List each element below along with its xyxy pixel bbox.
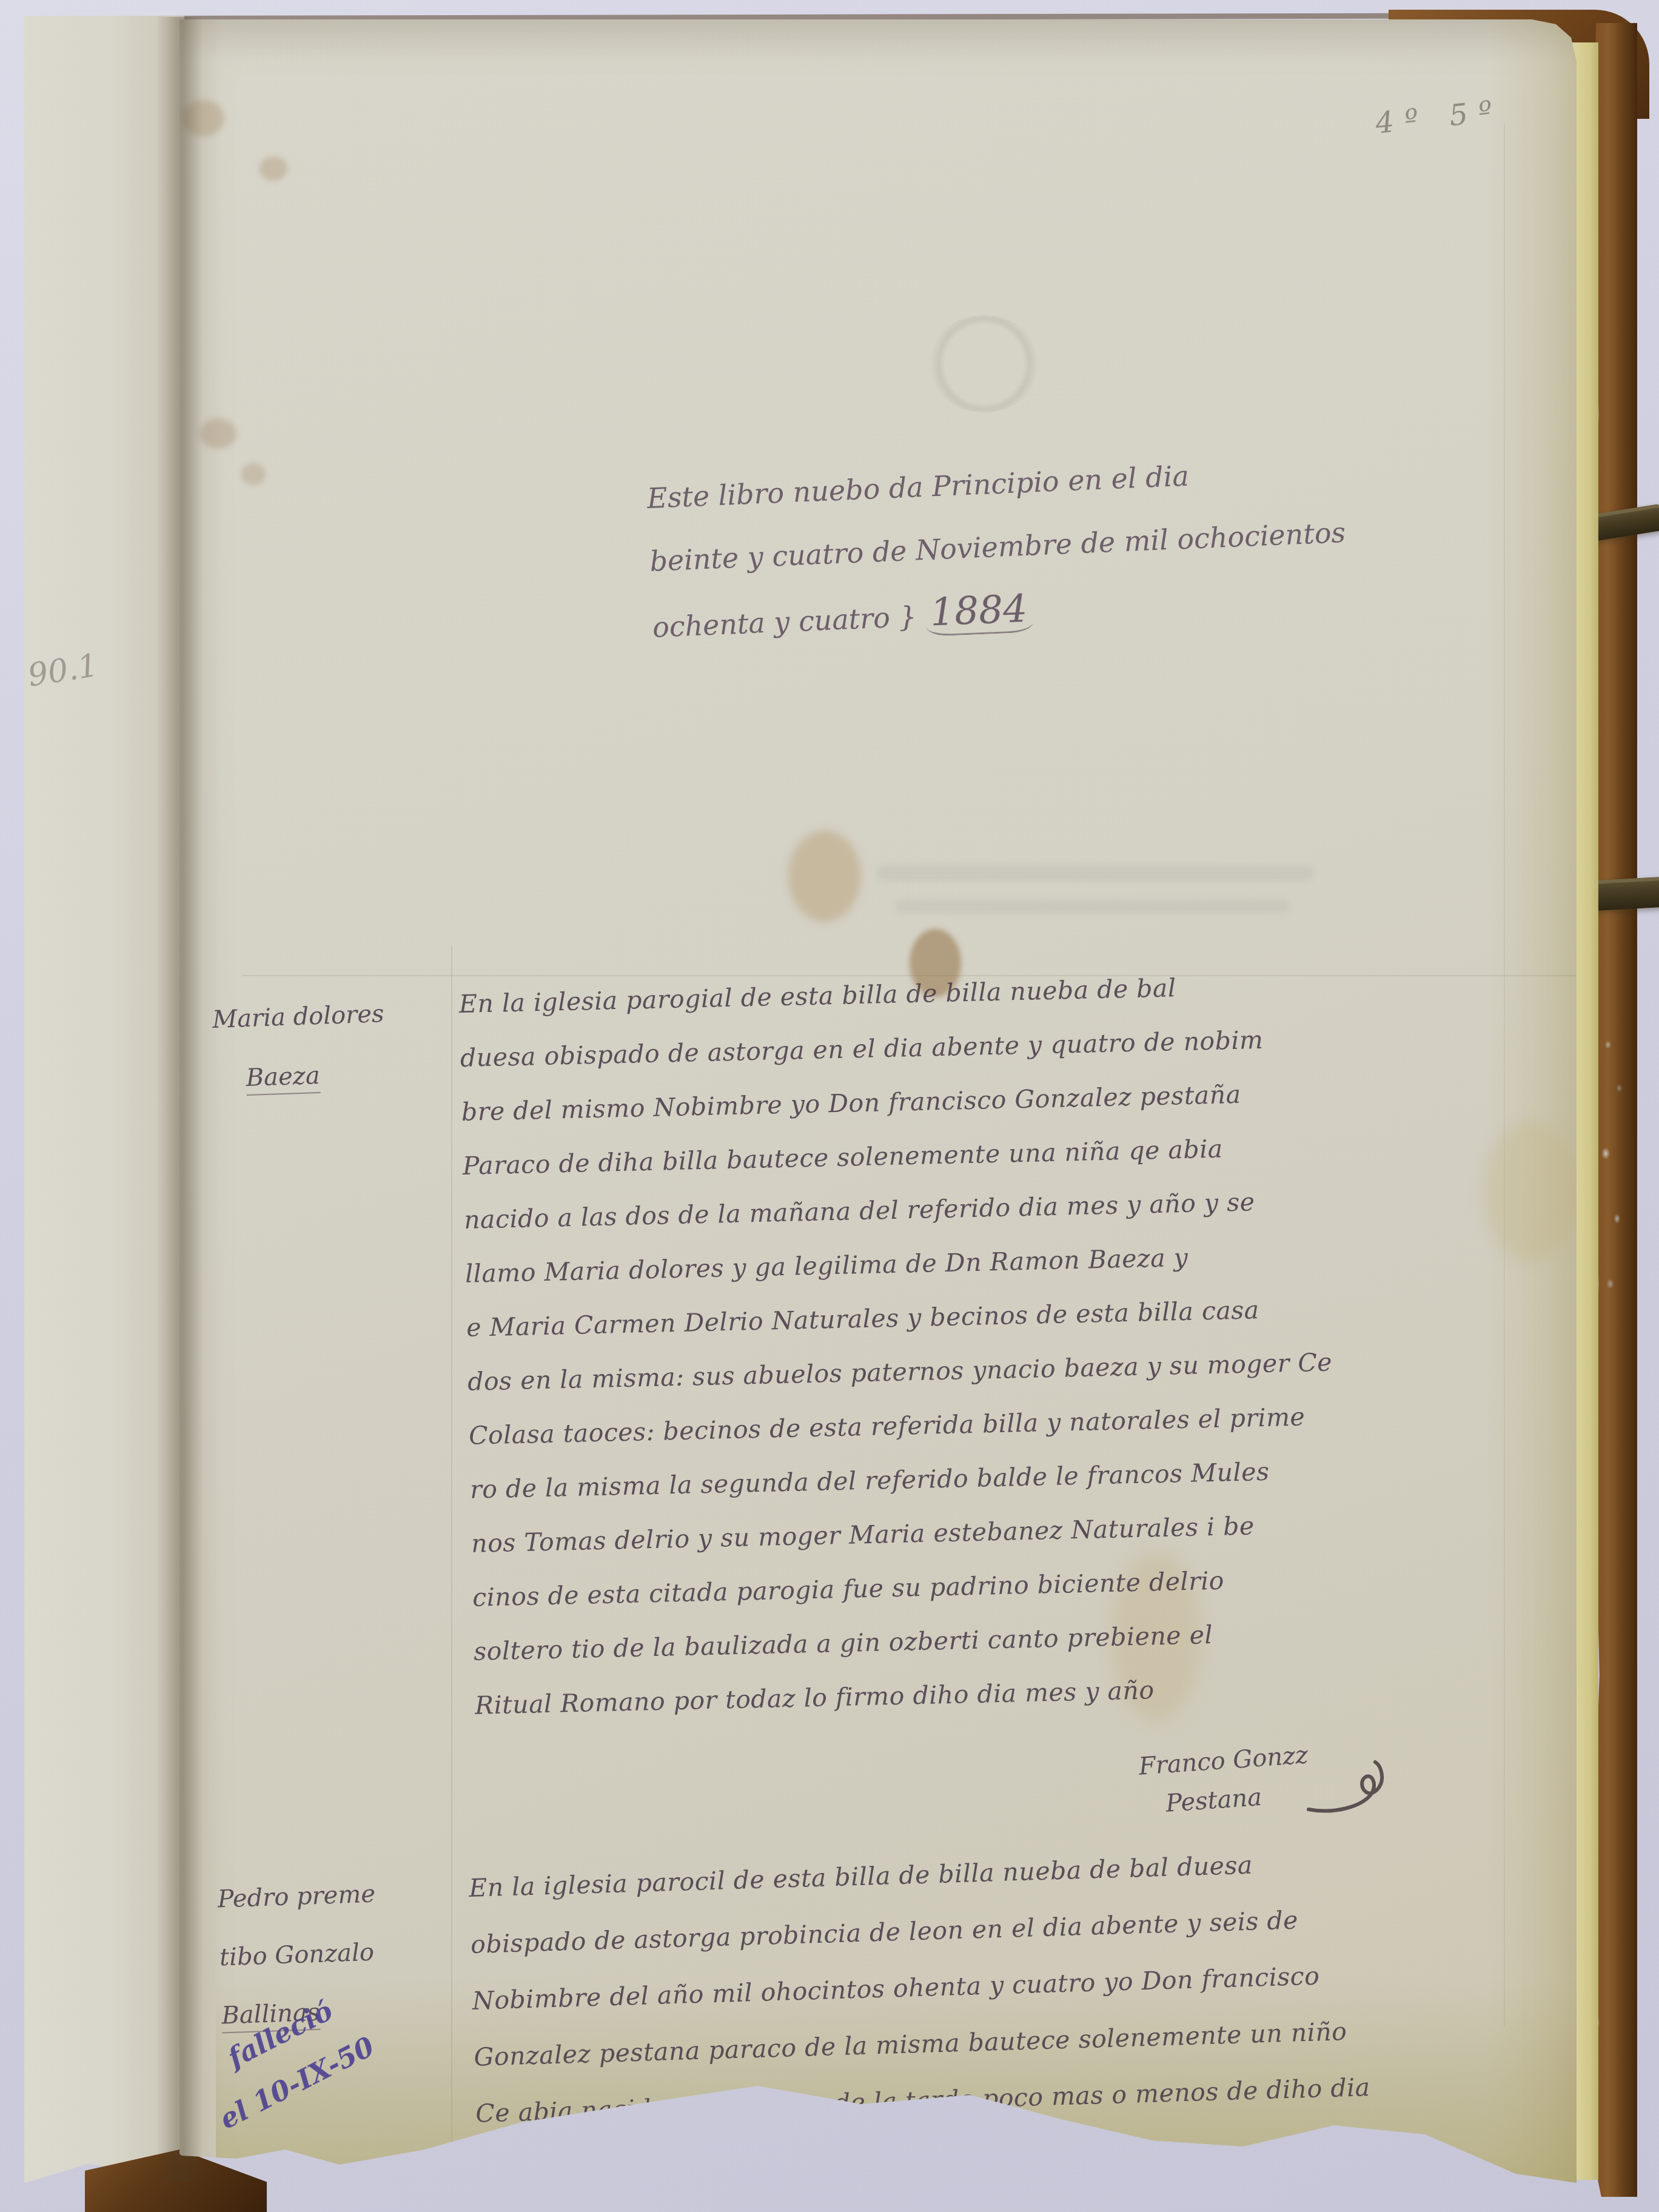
foxing-stain bbox=[260, 156, 287, 181]
margin-name-line: Baeza bbox=[213, 1044, 387, 1109]
margin-name-line: Pedro preme bbox=[216, 1865, 377, 1929]
watermark-impression bbox=[927, 315, 1042, 412]
priest-signature: Franco Gonzz Pestana bbox=[1138, 1735, 1312, 1825]
ink-stain bbox=[788, 831, 861, 922]
margin-name-line: tibo Gonzalo bbox=[218, 1923, 378, 1986]
signature-rubric-flourish bbox=[1304, 1751, 1395, 1824]
entry2-baptism-record: En la iglesia parocil de esta billa de b… bbox=[468, 1834, 1371, 2142]
paper-crease bbox=[1504, 122, 1505, 2026]
margin-ruled-line bbox=[451, 946, 452, 2147]
entry1-margin-name: Maria dolores Baeza bbox=[212, 984, 387, 1109]
previous-page-edge: 90.1 bbox=[24, 16, 184, 2199]
damp-stain bbox=[1483, 1122, 1580, 1261]
pencil-folio-note: 90.1 bbox=[25, 647, 101, 694]
foxing-stain bbox=[200, 418, 236, 449]
margin-name-line: Maria dolores bbox=[212, 984, 385, 1050]
leather-cover-edge bbox=[1592, 23, 1637, 2197]
foxing-stain bbox=[182, 100, 224, 136]
entry1-baptism-record: En la iglesia parogial de esta billa de … bbox=[458, 958, 1340, 1733]
foxing-stain bbox=[241, 463, 266, 485]
opening-inscription: Este libro nuebo da Principio en el dia … bbox=[646, 438, 1350, 659]
ink-showthrough bbox=[877, 865, 1313, 881]
pencil-corner-mark: 4º 5º bbox=[1374, 93, 1505, 141]
manuscript-page: 4º 5º Este libro nuebo da Principio en e… bbox=[179, 19, 1577, 2212]
ink-showthrough bbox=[895, 900, 1289, 913]
year-figure: 1884 bbox=[925, 586, 1033, 637]
